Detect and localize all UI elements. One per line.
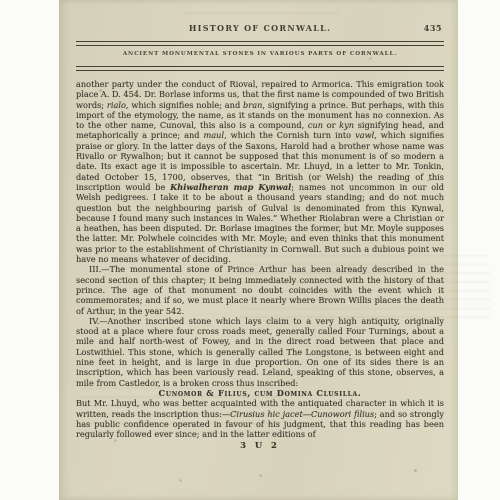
inscription-line: Cunomor & Filius, cum Domina Clusilla.: [76, 388, 444, 398]
body-paragraph: another party under the conduct of Riova…: [76, 79, 444, 264]
running-head: HISTORY OF CORNWALL. 435: [76, 24, 444, 33]
body-paragraph: III.—The monumental stone of Prince Arth…: [76, 264, 444, 315]
body-paragraph: But Mr. Lhuyd, who was better acquainted…: [76, 398, 444, 439]
book-page: HISTORY OF CORNWALL. 435 ANCIENT MONUMEN…: [59, 0, 458, 500]
paper-specks: [60, 0, 61, 1]
showthrough-artifact: [180, 6, 340, 20]
chapter-heading: ANCIENT MONUMENTAL STONES IN VARIOUS PAR…: [76, 51, 444, 58]
scanned-page-view: HISTORY OF CORNWALL. 435 ANCIENT MONUMEN…: [0, 0, 500, 500]
running-head-title: HISTORY OF CORNWALL.: [189, 23, 331, 33]
body-paragraph: IV.—Another inscribed stone which lays c…: [76, 316, 444, 388]
double-rule-bottom: [76, 66, 444, 71]
page-body: another party under the conduct of Riova…: [76, 79, 444, 451]
printers-signature: 3 U 2: [76, 440, 444, 450]
double-rule-top: [76, 41, 444, 46]
page-number: 435: [424, 24, 442, 33]
